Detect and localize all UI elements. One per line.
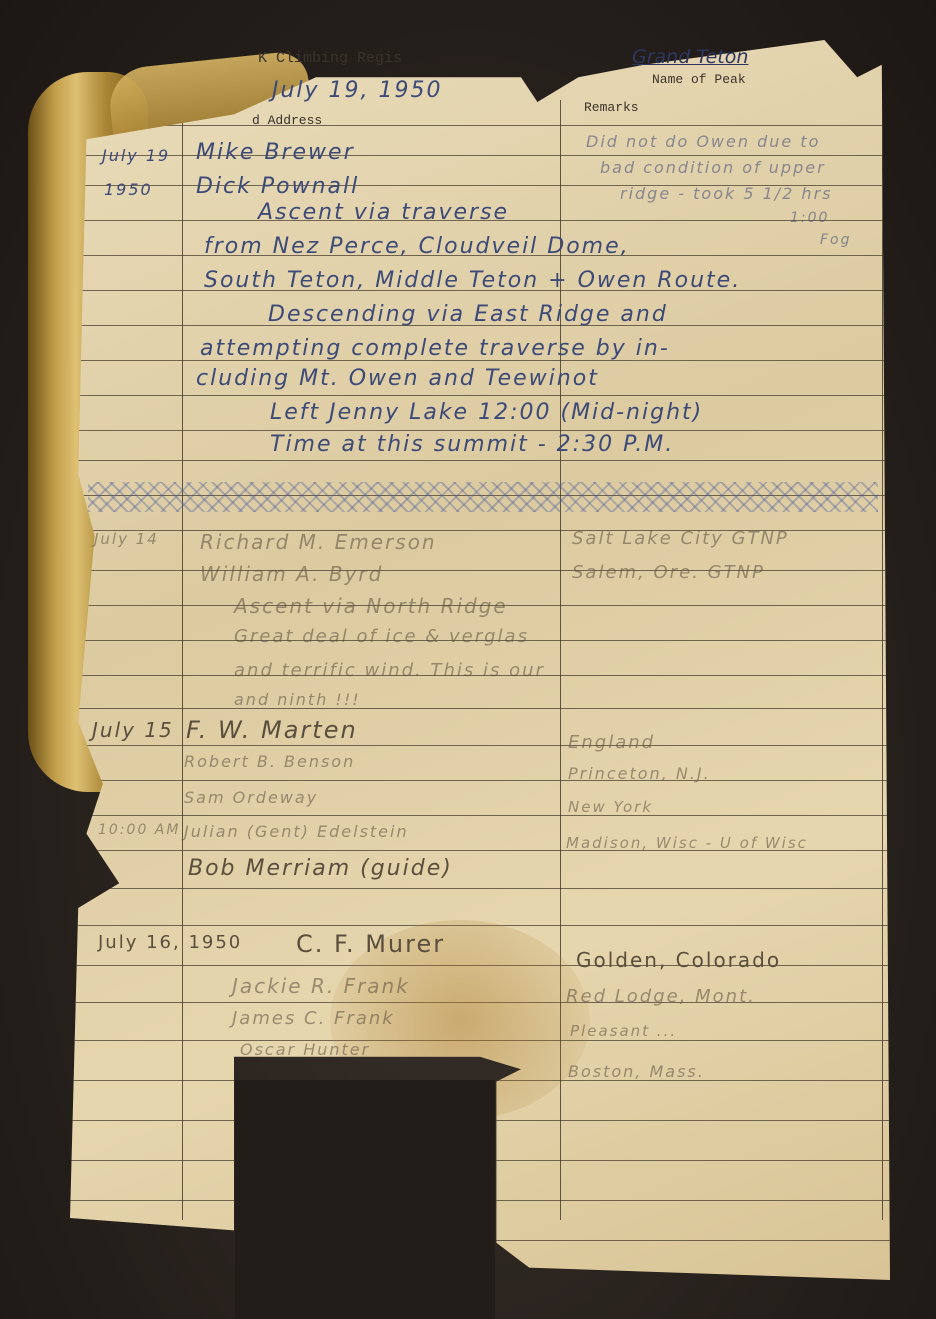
ruled-line (70, 780, 890, 781)
route-note: Time at this summit - 2:30 P.M. (270, 432, 674, 457)
climber-name: Richard M. Emerson (200, 530, 437, 554)
climber-name: Jackie R. Frank (232, 974, 410, 998)
ruled-line (70, 460, 890, 461)
remark: Pleasant ... (570, 1022, 677, 1040)
climber-name: Mike Brewer (196, 140, 355, 165)
route-note: attempting complete traverse by in- (200, 336, 670, 361)
ruled-line (70, 888, 890, 889)
remark: Madison, Wisc - U of Wisc (566, 834, 808, 852)
remark: ridge - took 5 1/2 hrs (620, 184, 832, 203)
remark: England (568, 732, 655, 753)
route-note: and terrific wind. This is our (234, 660, 545, 681)
remark: bad condition of upper (600, 158, 826, 177)
ruled-line (70, 155, 890, 156)
climber-name: Dick Pownall (196, 174, 359, 199)
route-note: Ascent via traverse (258, 200, 509, 225)
remark: New York (568, 798, 653, 816)
entry-time: 10:00 AM (98, 822, 180, 838)
form-title: K Climbing Regis (258, 50, 402, 67)
entry-date: July 16, 1950 (98, 932, 242, 953)
route-note: and ninth !!! (234, 690, 361, 709)
entry-date: July 14 (94, 530, 159, 548)
climber-name: William A. Byrd (200, 562, 383, 586)
ruled-line (70, 430, 890, 431)
route-note: Descending via East Ridge and (268, 302, 668, 327)
route-note: cluding Mt. Owen and Teewinot (196, 366, 599, 391)
entry-date: July 15 (92, 718, 174, 742)
peak-label: Name of Peak (652, 72, 746, 87)
remark: Salem, Ore. GTNP (572, 562, 765, 583)
climber-name: Sam Ordeway (184, 788, 318, 807)
date-column-divider (182, 100, 183, 1220)
ruled-line (70, 570, 890, 571)
route-note: Ascent via North Ridge (234, 594, 508, 618)
remark: Salt Lake City GTNP (572, 528, 789, 549)
peak-name: Grand Teton (632, 46, 748, 68)
climber-name: Oscar Hunter (240, 1040, 370, 1059)
climber-name: Robert B. Benson (184, 752, 355, 771)
climber-name: James C. Frank (232, 1008, 395, 1029)
ruled-line (70, 745, 890, 746)
route-note: from Nez Perce, Cloudveil Dome, (204, 234, 630, 259)
climber-name: F. W. Marten (186, 716, 358, 744)
route-note: South Teton, Middle Teton + Owen Route. (204, 268, 741, 293)
route-note: Great deal of ice & verglas (234, 626, 529, 647)
crossed-out-line (88, 482, 878, 512)
ruled-line (70, 708, 890, 709)
climber-name: Julian (Gent) Edelstein (184, 822, 409, 841)
remark: Did not do Owen due to (586, 132, 820, 151)
remark: Golden, Colorado (576, 948, 781, 972)
remarks-label: Remarks (584, 100, 639, 115)
remark: 1:00 (790, 210, 829, 226)
climber-name: C. F. Murer (296, 930, 445, 958)
torn-hole (235, 1080, 495, 1319)
ruled-line (70, 395, 890, 396)
right-margin-line (882, 100, 883, 1220)
route-note: Left Jenny Lake 12:00 (Mid-night) (270, 400, 703, 425)
entry-year: 1950 (104, 180, 153, 199)
remark: Fog (820, 232, 852, 248)
remark: Princeton, N.J. (568, 764, 711, 783)
ruled-line (70, 125, 890, 126)
climber-name: Bob Merriam (guide) (188, 856, 453, 881)
register-date: July 19, 1950 (272, 78, 443, 103)
entry-date: July 19 (102, 146, 170, 165)
remark: Red Lodge, Mont. (566, 986, 756, 1007)
remark: Boston, Mass. (568, 1062, 705, 1081)
ruled-line (70, 815, 890, 816)
address-label: d Address (252, 113, 322, 128)
